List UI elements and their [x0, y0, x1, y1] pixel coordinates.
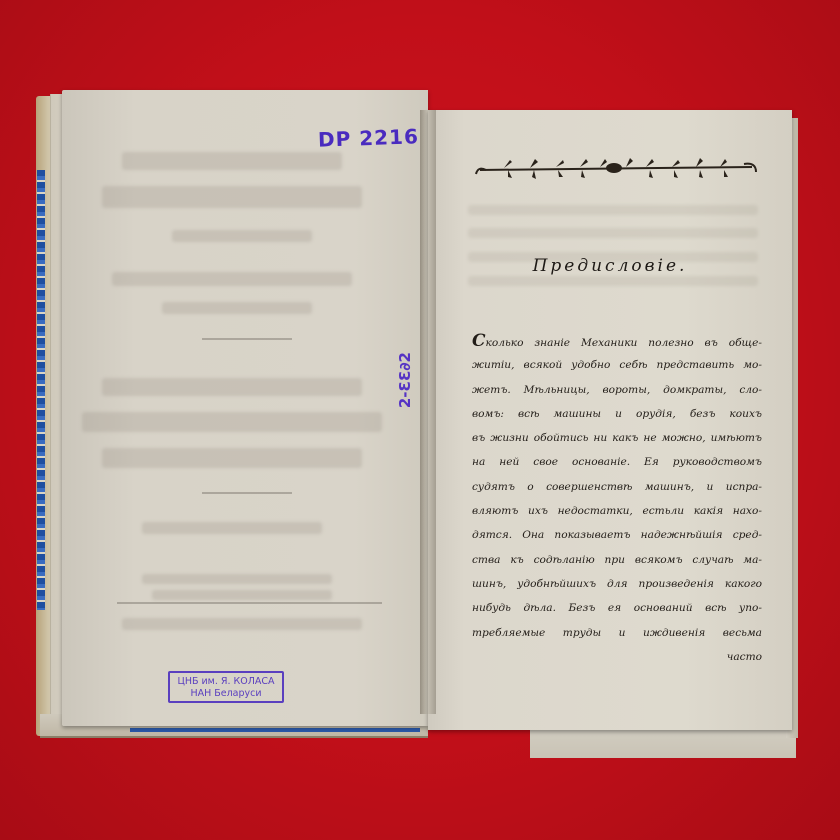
text-line: шинъ, удобнѣйшихъ для произведенія каког…	[472, 572, 762, 596]
library-shelfmark: DP 2216	[318, 124, 420, 152]
text-line: судятъ о совершенствѣ машинъ, и испра-	[472, 475, 762, 499]
text-line: ства къ содѣланію при всякомъ случаѣ ма-	[472, 548, 762, 572]
open-book: DP 2216 2-ƐƐ∂2 ЦНБ им. Я. КОЛАСА НАН Бел…	[0, 0, 840, 840]
show-through-text	[62, 90, 428, 726]
text-line: нибудь дѣла. Безъ ея оснований всѣ упо-	[472, 596, 762, 620]
floral-vine-ornament	[474, 156, 758, 182]
preface-heading: Предисловіе.	[428, 256, 792, 276]
book-gutter	[420, 110, 436, 714]
text-line: въ жизни обойтись ни какъ не можно, имѣю…	[472, 426, 762, 450]
text-line: жетъ. Мѣльницы, вороты, домкраты, сло-	[472, 378, 762, 402]
text-line: требляемые труды и иждивенія весьма	[472, 621, 762, 645]
text-line: на ней свое основаніе. Ея руководствомъ	[472, 450, 762, 474]
left-bottom-cover-strip	[130, 728, 420, 732]
marbled-cover-edge	[37, 170, 45, 610]
preface-body: Сколько знаніе Механики полезно въ обще-…	[472, 329, 762, 669]
text-line: вомъ: всѣ машины и орудія, безъ коихъ	[472, 402, 762, 426]
stamp-line-1: ЦНБ им. Я. КОЛАСА	[170, 676, 282, 688]
text-line: житіи, всякой удобно себѣ представить мо…	[472, 353, 762, 377]
stamp-line-2: НАН Беларуси	[170, 688, 282, 700]
text-line: Сколько знаніе Механики полезно въ обще-	[472, 329, 762, 353]
library-stamp: ЦНБ им. Я. КОЛАСА НАН Беларуси	[168, 671, 284, 703]
catchword: часто	[472, 645, 762, 669]
pencil-annotation: 2-ƐƐ∂2	[396, 352, 414, 408]
text-line: дятся. Она показываетъ надежнѣйшія сред-	[472, 523, 762, 547]
drop-cap: С	[472, 331, 486, 351]
text-line: вляютъ ихъ недостатки, естьли какія нахо…	[472, 499, 762, 523]
